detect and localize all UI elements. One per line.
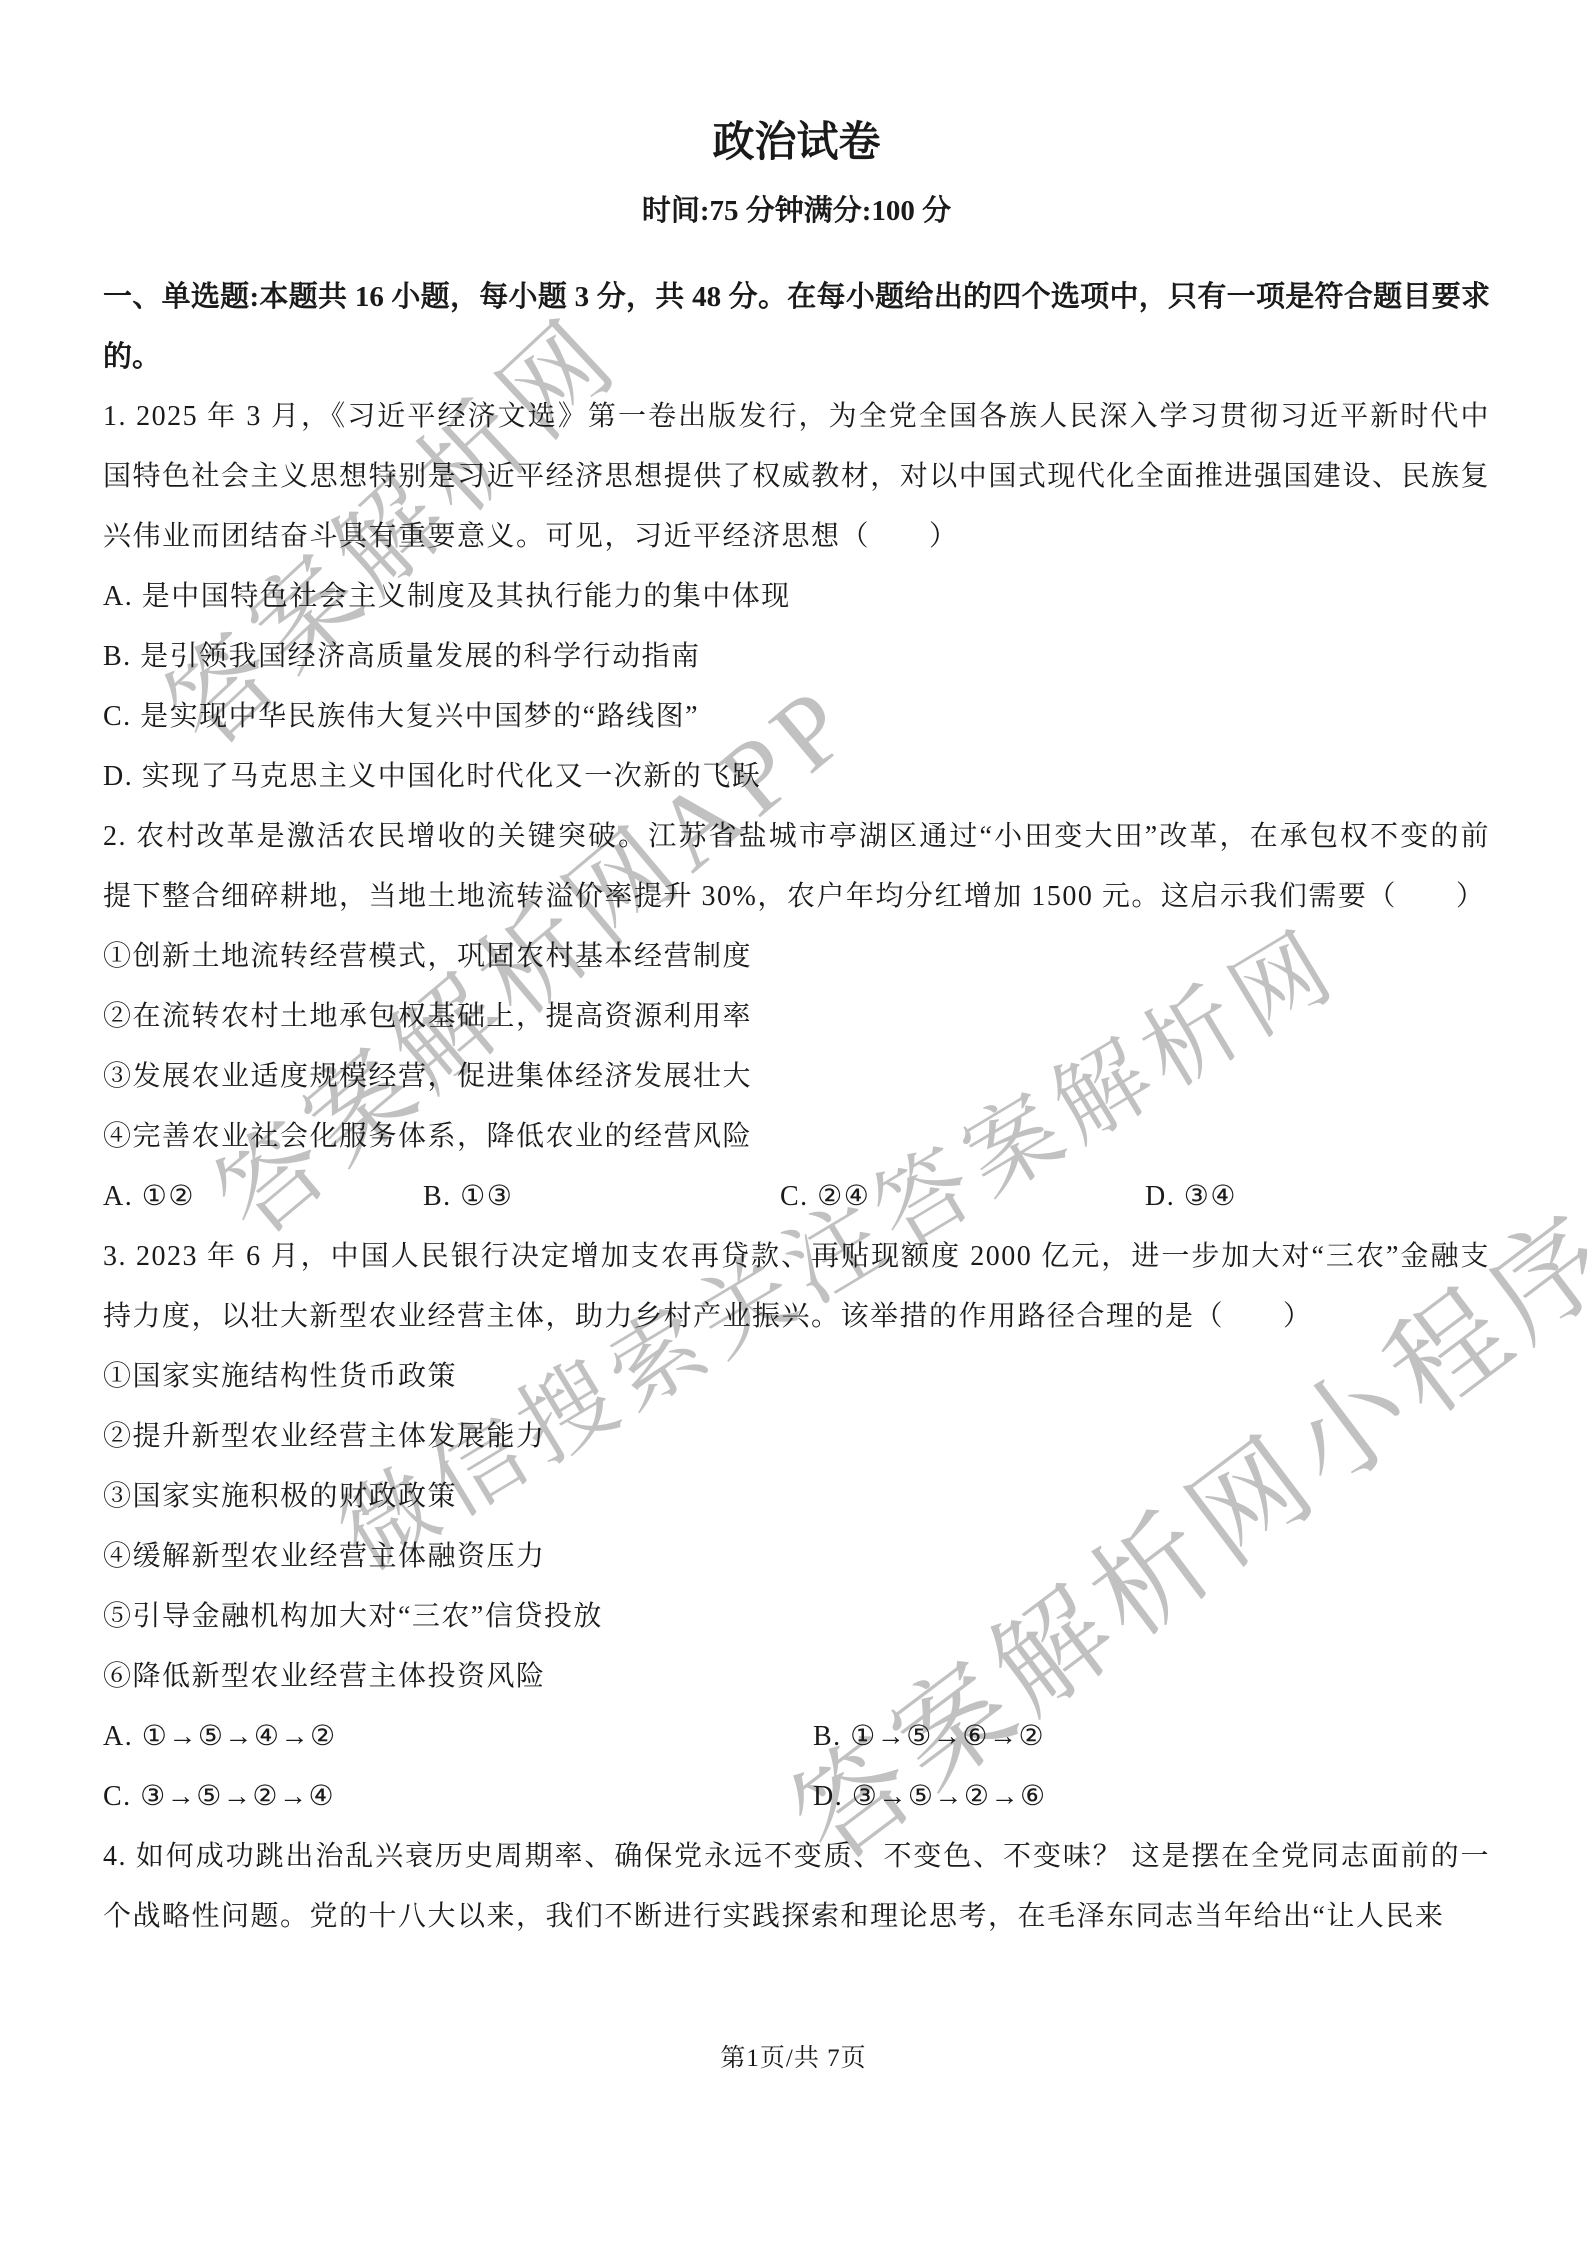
question-3-item-5: ⑤引导金融机构加大对“三农”信贷投放 — [103, 1587, 1490, 1647]
exam-time-score: 时间:75 分钟满分:100 分 — [103, 194, 1490, 229]
question-2-option-a: A. ①② — [103, 1167, 195, 1227]
question-3-options-row-1: A. ①→⑤→④→② B. ①→⑤→⑥→② — [103, 1707, 1490, 1767]
question-2-option-d: D. ③④ — [1145, 1167, 1237, 1227]
page-number: 第1页/共 7页 — [0, 2038, 1587, 2074]
question-2-item-2: ②在流转农村土地承包权基础上，提高资源利用率 — [103, 987, 1490, 1047]
question-2-stem: 2. 农村改革是激活农民增收的关键突破。江苏省盐城市亭湖区通过“小田变大田”改革… — [103, 807, 1490, 927]
question-3-item-1: ①国家实施结构性货币政策 — [103, 1347, 1490, 1407]
question-1-option-d: D. 实现了马克思主义中国化时代化又一次新的飞跃 — [103, 747, 1490, 807]
question-3-item-2: ②提升新型农业经营主体发展能力 — [103, 1407, 1490, 1467]
page-title: 政治试卷 — [103, 0, 1490, 168]
question-2-item-3: ③发展农业适度规模经营，促进集体经济发展壮大 — [103, 1047, 1490, 1107]
question-3-item-3: ③国家实施积极的财政政策 — [103, 1467, 1490, 1527]
section-heading: 一、单选题:本题共 16 小题，每小题 3 分，共 48 分。在每小题给出的四个… — [103, 267, 1490, 387]
question-2-option-c: C. ②④ — [780, 1167, 870, 1227]
question-2-item-1: ①创新土地流转经营模式，巩固农村基本经营制度 — [103, 927, 1490, 987]
question-2-item-4: ④完善农业社会化服务体系，降低农业的经营风险 — [103, 1107, 1490, 1167]
question-3-option-d: D. ③→⑤→②→⑥ — [813, 1767, 1047, 1827]
question-3-option-c: C. ③→⑤→②→④ — [103, 1767, 335, 1827]
question-1-option-a: A. 是中国特色社会主义制度及其执行能力的集中体现 — [103, 567, 1490, 627]
question-1-option-c: C. 是实现中华民族伟大复兴中国梦的“路线图” — [103, 687, 1490, 747]
question-2-options-row: A. ①② B. ①③ C. ②④ D. ③④ — [103, 1167, 1490, 1227]
question-2-option-b: B. ①③ — [423, 1167, 513, 1227]
question-3-options-row-2: C. ③→⑤→②→④ D. ③→⑤→②→⑥ — [103, 1767, 1490, 1827]
question-3-option-a: A. ①→⑤→④→② — [103, 1707, 337, 1767]
question-4-stem: 4. 如何成功跳出治乱兴衰历史周期率、确保党永远不变质、不变色、不变味？ 这是摆… — [103, 1827, 1490, 1947]
question-3-item-6: ⑥降低新型农业经营主体投资风险 — [103, 1647, 1490, 1707]
question-1-option-b: B. 是引领我国经济高质量发展的科学行动指南 — [103, 627, 1490, 687]
exam-paper-page: 答案解析网 答案解析网APP 微信搜索关注答案解析网 答案解析网小程序 政治试卷… — [0, 0, 1587, 2245]
document-content: 政治试卷 时间:75 分钟满分:100 分 一、单选题:本题共 16 小题，每小… — [0, 0, 1587, 1947]
question-3-item-4: ④缓解新型农业经营主体融资压力 — [103, 1527, 1490, 1587]
question-3-option-b: B. ①→⑤→⑥→② — [813, 1707, 1045, 1767]
question-1-stem: 1. 2025 年 3 月，《习近平经济文选》第一卷出版发行，为全党全国各族人民… — [103, 387, 1490, 567]
question-3-stem: 3. 2023 年 6 月，中国人民银行决定增加支农再贷款、再贴现额度 2000… — [103, 1227, 1490, 1347]
